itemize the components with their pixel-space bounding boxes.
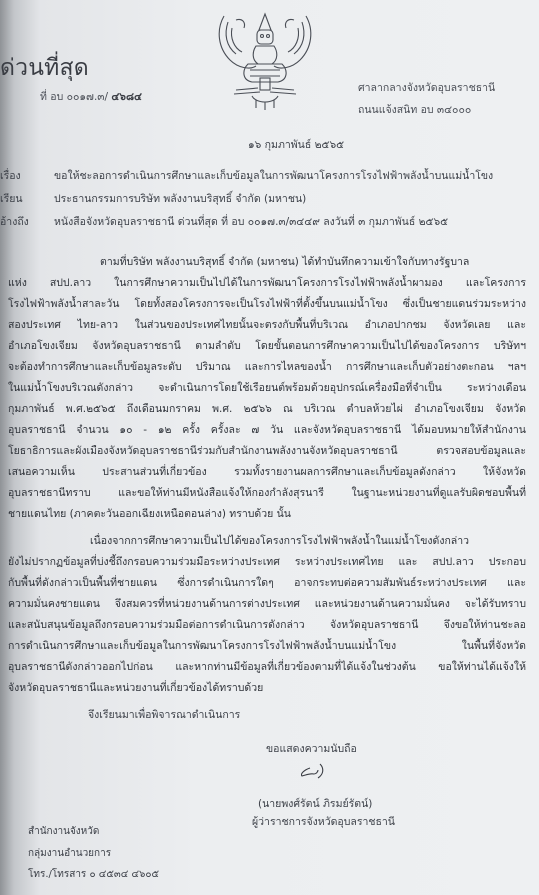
recipient-text: ประธานกรรมการบริษัท พลังงานบริสุทธิ์ จำก… bbox=[54, 193, 306, 205]
paragraph-line: ความมั่นคงชายแดน จึงสมควรที่หน่วยงานด้าน… bbox=[8, 594, 526, 615]
reference-prefix: ที่ อบ ๐๐๑๗.๓/ bbox=[40, 91, 108, 103]
footer-department: สำนักงานจังหวัด bbox=[28, 824, 99, 839]
paragraph-line: โรงไฟฟ้าพลังน้ำสาละวัน โดยทั้งสองโครงการ… bbox=[8, 294, 526, 315]
reference-row: อ้างถึงหนังสือจังหวัดอุบลราชธานี ด่วนที่… bbox=[0, 213, 448, 230]
reference-label: อ้างถึง bbox=[0, 213, 54, 230]
subject-text: ขอให้ชะลอการดำเนินการศึกษาและเก็บข้อมูลใ… bbox=[54, 170, 493, 182]
signatory-title: ผู้ว่าราชการจังหวัดอุบลราชธานี bbox=[252, 813, 395, 830]
paragraph-line: กับพื้นที่ดังกล่าวเป็นพื้นที่ชายแดน ซึ่ง… bbox=[8, 573, 526, 594]
paragraph-line: โยธาธิการและผังเมืองจังหวัดอุบลราชธานีร่… bbox=[8, 441, 526, 462]
urgency-heading: ด่วนที่สุด bbox=[0, 50, 89, 86]
reference-number-value: ๔๖๘๔ bbox=[111, 91, 142, 103]
office-address-line2: ถนนแจ้งสนิท อบ ๓๔๐๐๐ bbox=[358, 101, 471, 118]
office-address-line1: ศาลากลางจังหวัดอุบลราชธานี bbox=[358, 79, 495, 96]
paragraph-line: ในแม่น้ำโขงบริเวณดังกล่าว จะดำเนินการโดย… bbox=[8, 378, 526, 399]
paragraph-line: จะต้องทำการศึกษาและเก็บข้อมูลระดับ ปริมา… bbox=[8, 357, 526, 378]
closing-request: จึงเรียนมาเพื่อพิจารณาดำเนินการ bbox=[88, 706, 240, 723]
recipient-row: เรียนประธานกรรมการบริษัท พลังงานบริสุทธิ… bbox=[0, 190, 306, 207]
letter-page: ด่วนที่สุด ที่ อบ ๐๐๑๗.๓/ ๔๖๘๔ ศาลากลางจ… bbox=[0, 0, 539, 895]
subject-row: เรื่องขอให้ชะลอการดำเนินการศึกษาและเก็บข… bbox=[0, 167, 493, 184]
letter-date: ๑๖ กุมภาพันธ์ ๒๕๖๕ bbox=[248, 136, 344, 153]
paragraph-line: อำเภอโขงเจียม จังหวัดอุบลราชธานี ตามลำดั… bbox=[8, 336, 526, 357]
garuda-emblem-icon bbox=[212, 8, 318, 112]
paragraph-line: เนื่องจากการศึกษาความเป็นไปได้ของโครงการ… bbox=[8, 531, 526, 552]
paragraph-line: และสนับสนุนข้อมูลถึงกรอบความร่วมมือต่อกา… bbox=[8, 615, 526, 636]
paragraph-line: การดำเนินการศึกษาและเก็บข้อมูลในการพัฒนา… bbox=[8, 636, 526, 657]
paragraph-line: กุมภาพันธ์ พ.ศ.๒๕๖๕ ถึงเดือนมกราคม พ.ศ. … bbox=[8, 399, 526, 420]
signature-icon bbox=[296, 760, 332, 780]
paragraph-line: อุบลราชธานี จำนวน ๑๐ - ๑๒ ครั้ง ครั้งละ … bbox=[8, 420, 526, 441]
paragraph-line: อุบลราชธานีดังกล่าวออกไปก่อน และหากท่านม… bbox=[8, 657, 526, 678]
footer-phone: โทร./โทรสาร ๐ ๔๕๓๔ ๔๖๐๕ bbox=[28, 867, 159, 882]
recipient-label: เรียน bbox=[0, 190, 54, 207]
paragraph-1: ตามที่บริษัท พลังงานบริสุทธิ์ จำกัด (มหา… bbox=[8, 252, 526, 525]
paragraph-line: ชายแดนไทย (ภาคตะวันออกเฉียงเหนือตอนล่าง)… bbox=[8, 504, 526, 525]
subject-label: เรื่อง bbox=[0, 167, 54, 184]
signatory-name: (นายพงศ์รัตน์ ภิรมย์รัตน์) bbox=[258, 795, 372, 812]
paragraph-line: ยังไม่ปรากฏข้อมูลที่บ่งชี้ถึงกรอบความร่ว… bbox=[8, 552, 526, 573]
paragraph-line: เสนอความเห็น ประสานส่วนที่เกี่ยวข้อง รวม… bbox=[8, 462, 526, 483]
paragraph-2: เนื่องจากการศึกษาความเป็นไปได้ของโครงการ… bbox=[8, 531, 526, 699]
reference-text: หนังสือจังหวัดอุบลราชธานี ด่วนที่สุด ที่… bbox=[54, 216, 448, 228]
paragraph-line: สองประเทศ ไทย-ลาว ในส่วนของประเทศไทยนั้น… bbox=[8, 315, 526, 336]
paragraph-line: แห่ง สปป.ลาว ในการศึกษาความเป็นไปได้ในกา… bbox=[8, 273, 526, 294]
paragraph-line: ตามที่บริษัท พลังงานบริสุทธิ์ จำกัด (มหา… bbox=[8, 252, 526, 273]
footer-group: กลุ่มงานอำนวยการ bbox=[28, 846, 111, 861]
paragraph-line: อุบลราชธานีทราบ และขอให้ท่านมีหนังสือแจ้… bbox=[8, 483, 526, 504]
paragraph-line: จังหวัดอุบลราชธานีและหน่วยงานที่เกี่ยวข้… bbox=[8, 678, 526, 699]
reference-number: ที่ อบ ๐๐๑๗.๓/ ๔๖๘๔ bbox=[40, 88, 142, 105]
complimentary-close: ขอแสดงความนับถือ bbox=[266, 740, 357, 757]
